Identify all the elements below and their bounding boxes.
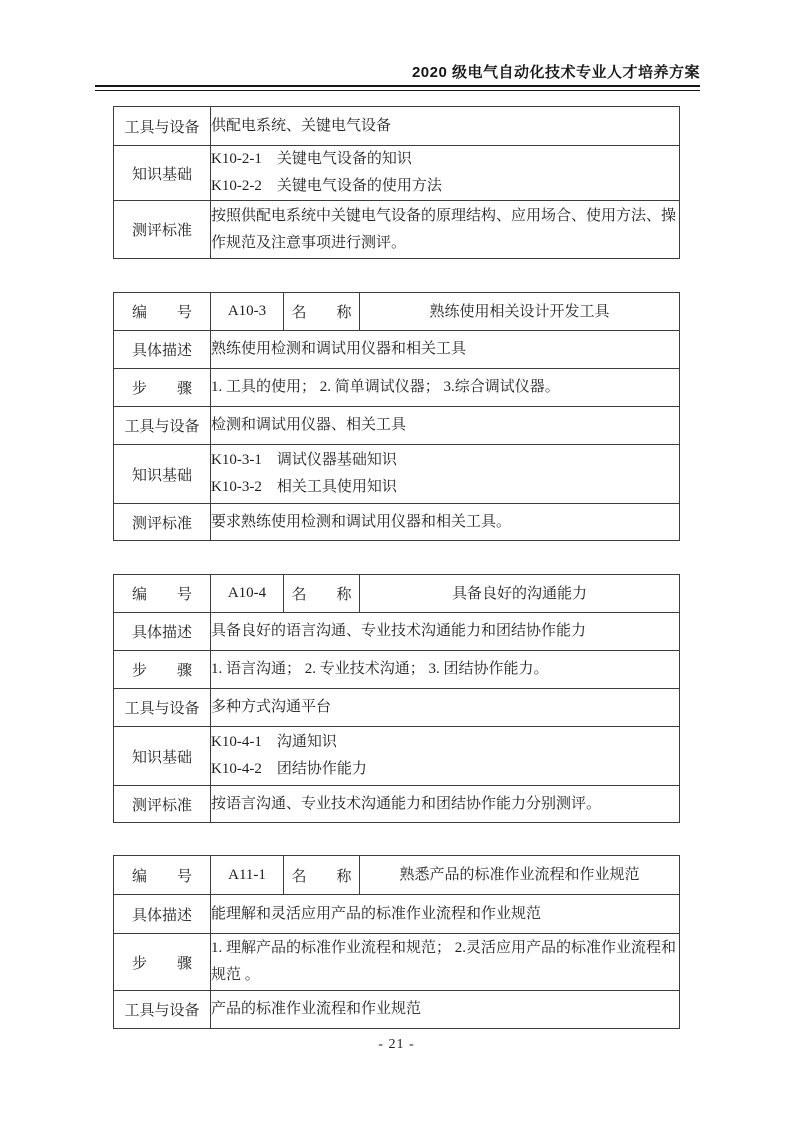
field-label: 测评标准 [114, 786, 211, 823]
knowledge-item: K10-4-2 团结协作能力 [211, 756, 679, 783]
skill-table-k10-2: 工具与设备 供配电系统、关键电气设备 知识基础 K10-2-1 关键电气设备的知… [113, 106, 680, 259]
table-row: 步 骤 1. 语言沟通； 2. 专业技术沟通； 3. 团结协作能力。 [114, 651, 680, 689]
field-name-value: 熟悉产品的标准作业流程和作业规范 [360, 856, 680, 895]
table-row: 编 号 A10-3 名 称 熟练使用相关设计开发工具 [114, 293, 680, 331]
table-row: 步 骤 1. 理解产品的标准作业流程和规范； 2.灵活应用产品的标准作业流程和规… [114, 934, 680, 991]
field-label: 知识基础 [114, 727, 211, 786]
field-value: 要求熟练使用检测和调试用仪器和相关工具。 [211, 504, 680, 541]
document-page: 2020 级电气自动化技术专业人才培养方案 工具与设备 供配电系统、关键电气设备… [0, 0, 793, 1122]
field-label-name: 名 称 [284, 856, 360, 895]
field-label: 具体描述 [114, 895, 211, 934]
skill-table-a10-4: 编 号 A10-4 名 称 具备良好的沟通能力 具体描述 具备良好的语言沟通、专… [113, 574, 680, 823]
field-name-value: 具备良好的沟通能力 [360, 575, 680, 613]
field-value: K10-4-1 沟通知识 K10-4-2 团结协作能力 [211, 727, 680, 786]
table-row: 测评标准 要求熟练使用检测和调试用仪器和相关工具。 [114, 504, 680, 541]
field-label: 工具与设备 [114, 689, 211, 727]
field-label: 测评标准 [114, 201, 211, 259]
field-label: 步 骤 [114, 651, 211, 689]
header-title: 2020 级电气自动化技术专业人才培养方案 [412, 61, 700, 82]
field-label: 知识基础 [114, 146, 211, 201]
knowledge-item: K10-2-1 关键电气设备的知识 [211, 146, 679, 173]
field-value: 供配电系统、关键电气设备 [211, 107, 680, 146]
field-label: 工具与设备 [114, 991, 211, 1029]
table-row: 知识基础 K10-3-1 调试仪器基础知识 K10-3-2 相关工具使用知识 [114, 445, 680, 504]
header-divider [95, 85, 700, 91]
field-label: 工具与设备 [114, 407, 211, 445]
field-value: K10-2-1 关键电气设备的知识 K10-2-2 关键电气设备的使用方法 [211, 146, 680, 201]
table-row: 知识基础 K10-2-1 关键电气设备的知识 K10-2-2 关键电气设备的使用… [114, 146, 680, 201]
page-number: - 21 - [0, 1037, 793, 1053]
knowledge-item: K10-3-2 相关工具使用知识 [211, 474, 679, 501]
field-label: 具体描述 [114, 331, 211, 369]
table-row: 编 号 A11-1 名 称 熟悉产品的标准作业流程和作业规范 [114, 856, 680, 895]
field-value: 具备良好的语言沟通、专业技术沟通能力和团结协作能力 [211, 613, 680, 651]
field-value: 熟练使用检测和调试用仪器和相关工具 [211, 331, 680, 369]
field-label-name: 名 称 [284, 575, 360, 613]
table-row: 具体描述 具备良好的语言沟通、专业技术沟通能力和团结协作能力 [114, 613, 680, 651]
field-name-value: 熟练使用相关设计开发工具 [360, 293, 680, 331]
field-code: A10-4 [211, 575, 284, 613]
field-label-number: 编 号 [114, 293, 211, 331]
skill-table-a11-1: 编 号 A11-1 名 称 熟悉产品的标准作业流程和作业规范 具体描述 能理解和… [113, 855, 680, 1029]
field-value: 产品的标准作业流程和作业规范 [211, 991, 680, 1029]
field-value: 检测和调试用仪器、相关工具 [211, 407, 680, 445]
field-label: 步 骤 [114, 934, 211, 991]
table-row: 工具与设备 供配电系统、关键电气设备 [114, 107, 680, 146]
table-row: 测评标准 按照供配电系统中关键电气设备的原理结构、应用场合、使用方法、操作规范及… [114, 201, 680, 259]
field-value: 1. 语言沟通； 2. 专业技术沟通； 3. 团结协作能力。 [211, 651, 680, 689]
field-value: 1. 工具的使用； 2. 简单调试仪器； 3.综合调试仪器。 [211, 369, 680, 407]
field-code: A11-1 [211, 856, 284, 895]
field-label-number: 编 号 [114, 856, 211, 895]
field-label: 步 骤 [114, 369, 211, 407]
table-row: 步 骤 1. 工具的使用； 2. 简单调试仪器； 3.综合调试仪器。 [114, 369, 680, 407]
table-row: 编 号 A10-4 名 称 具备良好的沟通能力 [114, 575, 680, 613]
table-row: 知识基础 K10-4-1 沟通知识 K10-4-2 团结协作能力 [114, 727, 680, 786]
field-value: 按照供配电系统中关键电气设备的原理结构、应用场合、使用方法、操作规范及注意事项进… [211, 201, 680, 259]
field-value: K10-3-1 调试仪器基础知识 K10-3-2 相关工具使用知识 [211, 445, 680, 504]
table-row: 工具与设备 检测和调试用仪器、相关工具 [114, 407, 680, 445]
field-label: 具体描述 [114, 613, 211, 651]
field-label-name: 名 称 [284, 293, 360, 331]
field-code: A10-3 [211, 293, 284, 331]
field-label-number: 编 号 [114, 575, 211, 613]
knowledge-item: K10-4-1 沟通知识 [211, 729, 679, 756]
skill-table-a10-3: 编 号 A10-3 名 称 熟练使用相关设计开发工具 具体描述 熟练使用检测和调… [113, 292, 680, 541]
field-value: 能理解和灵活应用产品的标准作业流程和作业规范 [211, 895, 680, 934]
knowledge-item: K10-2-2 关键电气设备的使用方法 [211, 173, 679, 200]
field-value: 按语言沟通、专业技术沟通能力和团结协作能力分别测评。 [211, 786, 680, 823]
field-label: 知识基础 [114, 445, 211, 504]
table-row: 具体描述 熟练使用检测和调试用仪器和相关工具 [114, 331, 680, 369]
field-value: 多种方式沟通平台 [211, 689, 680, 727]
knowledge-item: K10-3-1 调试仪器基础知识 [211, 447, 679, 474]
field-label: 工具与设备 [114, 107, 211, 146]
field-value: 1. 理解产品的标准作业流程和规范； 2.灵活应用产品的标准作业流程和规范 。 [211, 934, 680, 991]
field-label: 测评标准 [114, 504, 211, 541]
table-row: 工具与设备 多种方式沟通平台 [114, 689, 680, 727]
table-row: 具体描述 能理解和灵活应用产品的标准作业流程和作业规范 [114, 895, 680, 934]
table-row: 工具与设备 产品的标准作业流程和作业规范 [114, 991, 680, 1029]
table-row: 测评标准 按语言沟通、专业技术沟通能力和团结协作能力分别测评。 [114, 786, 680, 823]
